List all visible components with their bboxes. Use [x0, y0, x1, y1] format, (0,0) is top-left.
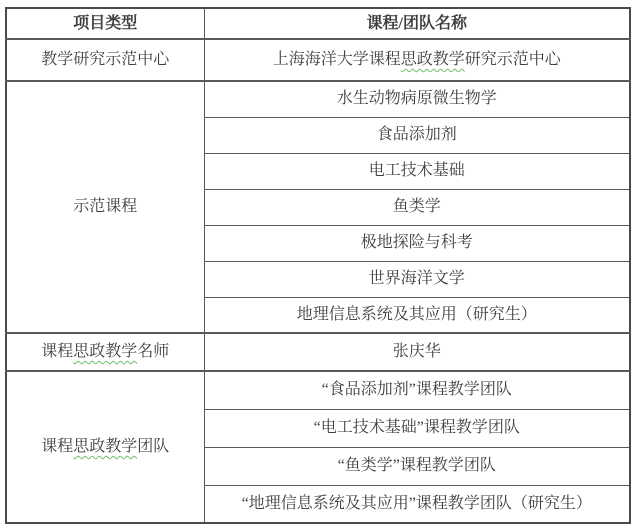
table-row: 教学研究示范中心 上海海洋大学课程思政教学研究示范中心	[6, 39, 630, 81]
cell-group-demonstration-courses: 示范课程	[6, 81, 204, 333]
cell-group-ideological-teaching-teams: 课程思政教学团队	[6, 371, 204, 523]
cell-course-name: 世界海洋文学	[204, 261, 630, 297]
cell-text-post: 张庆华	[393, 343, 441, 360]
cell-text-post: 地理信息系统及其应用（研究生）	[297, 306, 537, 323]
project-course-table-wrap: 项目类型 课程/团队名称 教学研究示范中心 上海海洋大学课程思政教学研究示范中心…	[5, 7, 631, 524]
cell-team-name: “食品添加剂”课程教学团队	[204, 371, 630, 409]
table-row: 课程思政教学名师 张庆华	[6, 333, 630, 371]
cell-team-name: “地理信息系统及其应用”课程教学团队（研究生）	[204, 485, 630, 523]
table-row: 示范课程 水生动物病原微生物学	[6, 81, 630, 117]
cell-course-name: 水生动物病原微生物学	[204, 81, 630, 117]
cell-text-post: 食品添加剂	[377, 126, 457, 143]
cell-text-post: 研究示范中心	[465, 51, 561, 68]
cell-text-post: 教学研究示范中心	[41, 51, 169, 68]
cell-text-post: 鱼类学	[393, 198, 441, 215]
cell-course-name: 食品添加剂	[204, 117, 630, 153]
cell-text-post: 水生动物病原微生物学	[337, 90, 497, 107]
cell-text-post: “电工技术基础”课程教学团队	[314, 419, 520, 436]
cell-text-post: 示范课程	[73, 198, 137, 215]
project-course-table: 项目类型 课程/团队名称 教学研究示范中心 上海海洋大学课程思政教学研究示范中心…	[5, 7, 631, 524]
header-project-type: 项目类型	[6, 8, 204, 39]
cell-course-name: 鱼类学	[204, 189, 630, 225]
cell-text-post: 团队	[137, 438, 169, 455]
table-row: 课程思政教学团队 “食品添加剂”课程教学团队	[6, 371, 630, 409]
cell-text-post: 电工技术基础	[369, 162, 465, 179]
cell-course-name: 极地探险与科考	[204, 225, 630, 261]
cell-text-post: “地理信息系统及其应用”课程教学团队（研究生）	[242, 495, 592, 512]
header-course-team-label: 课程/团队名称	[367, 15, 467, 32]
cell-text-post: “鱼类学”课程教学团队	[338, 457, 496, 474]
cell-text-pre: 上海海洋大学课程	[273, 51, 401, 68]
cell-text-post: 世界海洋文学	[369, 270, 465, 287]
cell-group-ideological-teaching-master: 课程思政教学名师	[6, 333, 204, 371]
spellcheck-underlined-text: 思政教学	[73, 438, 137, 455]
cell-text-post: “食品添加剂”课程教学团队	[322, 381, 512, 398]
spellcheck-underlined-text: 思政教学	[73, 343, 137, 360]
cell-text-pre: 课程	[41, 343, 73, 360]
cell-text-post: 名师	[137, 343, 169, 360]
cell-team-name: “鱼类学”课程教学团队	[204, 447, 630, 485]
header-course-team-name: 课程/团队名称	[204, 8, 630, 39]
cell-group-teaching-research-center: 教学研究示范中心	[6, 39, 204, 81]
header-project-type-label: 项目类型	[73, 15, 137, 32]
cell-course-name: 上海海洋大学课程思政教学研究示范中心	[204, 39, 630, 81]
cell-teacher-name: 张庆华	[204, 333, 630, 371]
cell-text-post: 极地探险与科考	[361, 234, 473, 251]
cell-course-name: 地理信息系统及其应用（研究生）	[204, 297, 630, 333]
cell-course-name: 电工技术基础	[204, 153, 630, 189]
cell-text-pre: 课程	[41, 438, 73, 455]
spellcheck-underlined-text: 思政教学	[401, 51, 465, 68]
table-header-row: 项目类型 课程/团队名称	[6, 8, 630, 39]
cell-team-name: “电工技术基础”课程教学团队	[204, 409, 630, 447]
